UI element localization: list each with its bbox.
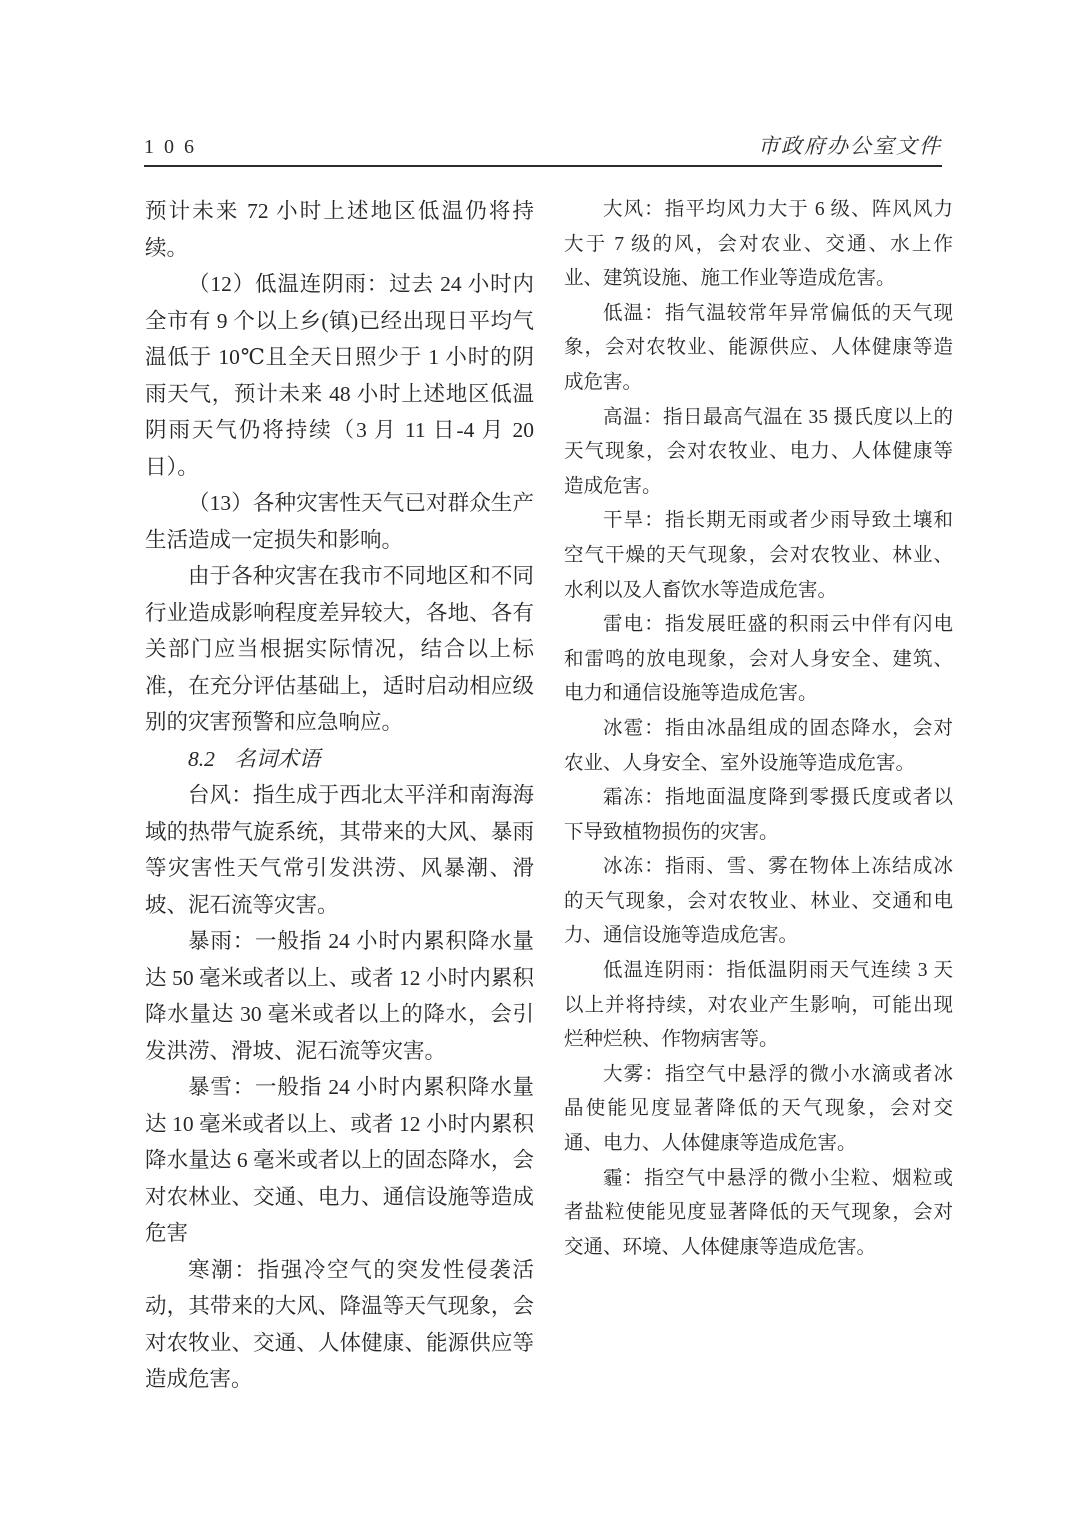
term-paragraph-typhoon: 台风：指生成于西北太平洋和南海海域的热带气旋系统，其带来的大风、暴雨等灾害性天气… — [145, 777, 534, 923]
right-column: 大风：指平均风力大于 6 级、阵风风力大于 7 级的风，会对农业、交通、水上作业… — [564, 193, 953, 1265]
term-paragraph-haze: 霾：指空气中悬浮的微小尘粒、烟粒或者盐粒使能见度显著降低的天气现象，会对交通、环… — [564, 1162, 953, 1266]
term-paragraph-hail: 冰雹：指由冰晶组成的固态降水，会对农业、人身安全、室外设施等造成危害。 — [564, 712, 953, 781]
term-paragraph-cold-wave: 寒潮：指强冷空气的突发性侵袭活动，其带来的大风、降温等天气现象，会对农牧业、交通… — [145, 1252, 534, 1398]
term-paragraph-lightning: 雷电：指发展旺盛的积雨云中伴有闪电和雷鸣的放电现象，会对人身安全、建筑、电力和通… — [564, 608, 953, 712]
page-header: 106 市政府办公室文件 — [144, 130, 942, 167]
paragraph-continuation: 预计未来 72 小时上述地区低温仍将持续。 — [145, 193, 534, 266]
paragraph-response-guidance: 由于各种灾害在我市不同地区和不同行业造成影响程度差异较大，各地、各有关部门应当根… — [145, 558, 534, 741]
term-paragraph-rainstorm: 暴雨：一般指 24 小时内累积降水量达 50 毫米或者以上、或者 12 小时内累… — [145, 923, 534, 1069]
term-paragraph-drought: 干旱：指长期无雨或者少雨导致土壤和空气干燥的天气现象，会对农牧业、林业、水利以及… — [564, 504, 953, 608]
section-heading-title: 名词术语 — [234, 747, 320, 771]
term-paragraph-low-temp-continuous-rain: 低温连阴雨：指低温阴雨天气连续 3 天以上并将持续，对农业产生影响，可能出现烂种… — [564, 954, 953, 1058]
page-number: 106 — [144, 136, 204, 159]
section-heading-8-2: 8.2名词术语 — [145, 741, 534, 778]
term-paragraph-blizzard: 暴雪：一般指 24 小时内累积降水量达 10 毫米或者以上、或者 12 小时内累… — [145, 1069, 534, 1252]
term-paragraph-high-temperature: 高温：指日最高气温在 35 摄氏度以上的天气现象，会对农牧业、电力、人体健康等造… — [564, 401, 953, 505]
section-heading-number: 8.2 — [188, 747, 215, 771]
running-head-label: 市政府办公室文件 — [758, 130, 942, 160]
term-paragraph-low-temperature: 低温：指气温较常年异常偏低的天气现象，会对农牧业、能源供应、人体健康等造成危害。 — [564, 297, 953, 401]
paragraph-item-13-disaster-impact: （13）各种灾害性天气已对群众生产生活造成一定损失和影响。 — [145, 485, 534, 558]
paragraph-item-12-low-temp-rain: （12）低温连阴雨：过去 24 小时内全市有 9 个以上乡(镇)已经出现日平均气… — [145, 266, 534, 485]
term-paragraph-heavy-fog: 大雾：指空气中悬浮的微小水滴或者冰晶使能见度显著降低的天气现象，会对交通、电力、… — [564, 1058, 953, 1162]
term-paragraph-frost: 霜冻：指地面温度降到零摄氏度或者以下导致植物损伤的灾害。 — [564, 781, 953, 850]
term-paragraph-gale: 大风：指平均风力大于 6 级、阵风风力大于 7 级的风，会对农业、交通、水上作业… — [564, 193, 953, 297]
left-column: 预计未来 72 小时上述地区低温仍将持续。 （12）低温连阴雨：过去 24 小时… — [145, 193, 534, 1398]
document-page: 106 市政府办公室文件 预计未来 72 小时上述地区低温仍将持续。 （12）低… — [0, 0, 1074, 1520]
term-paragraph-icing: 冰冻：指雨、雪、雾在物体上冻结成冰的天气现象，会对农牧业、林业、交通和电力、通信… — [564, 850, 953, 954]
